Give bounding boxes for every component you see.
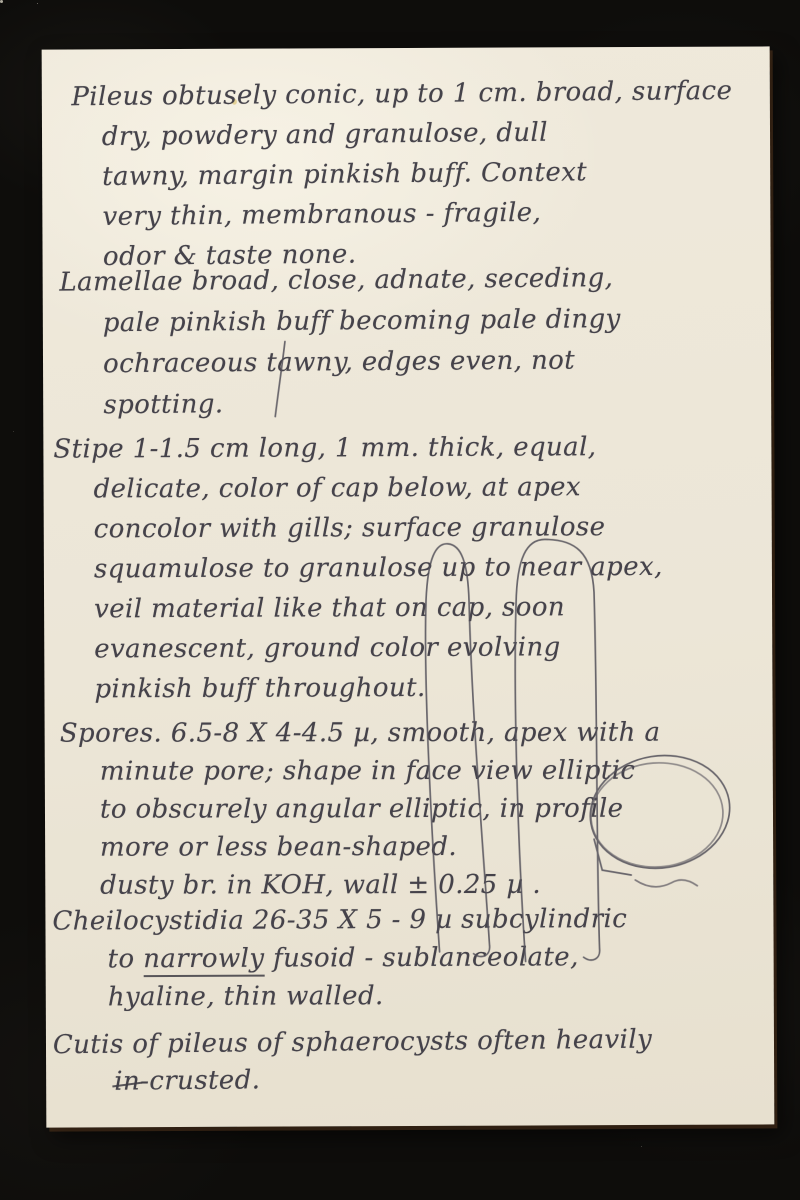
underlined-word: narrowly (143, 944, 264, 978)
handwriting-line: Cutis of pileus of sphaerocysts often he… (53, 1022, 653, 1065)
handwriting-line: ochraceous tawny, edges even, not (103, 340, 621, 385)
handwriting-line: Pileus obtusely conic, up to 1 cm. broad… (71, 71, 732, 117)
handwriting-line: spotting. (103, 381, 621, 426)
paragraph-cutis: Cutis of pileus of sphaerocysts often he… (114, 1022, 653, 1101)
photo-background: { "photo": { "background_color": "#0e0d0… (0, 0, 800, 1200)
struck-out-word: in (114, 1066, 140, 1096)
handwriting-line: squamulose to granulose up to near apex, (94, 547, 663, 589)
word: -crusted. (140, 1065, 261, 1096)
dust-specks (0, 0, 3, 3)
paragraph-lamellae: Lamellae broad, close, adnate, seceding,… (102, 258, 621, 426)
handwriting-line: very thin, membranous - fragile, (102, 191, 733, 237)
word: to (108, 944, 144, 974)
handwriting-line: more or less bean-shaped. (100, 828, 661, 867)
handwriting-line: to narrowly fusoid - sublanceolate, (108, 938, 628, 978)
handwriting-line: evanescent, ground color evolving (94, 627, 663, 669)
handwriting-line: Cheilocystidia 26-35 X 5 - 9 µ subcylind… (52, 900, 627, 941)
paragraph-cheilocystidia: Cheilocystidia 26-35 X 5 - 9 µ subcylind… (107, 900, 627, 1016)
handwriting-line: in-crusted. (114, 1059, 653, 1101)
paragraph-stipe: Stipe 1-1.5 cm long, 1 mm. thick, equal,… (93, 427, 663, 709)
word: fusoid - sublanceolate, (264, 942, 578, 973)
handwriting-line: Spores. 6.5-8 X 4-4.5 µ, smooth, apex wi… (60, 714, 661, 753)
handwriting-line: hyaline, thin walled. (108, 976, 628, 1016)
handwriting-line: to obscurely angular elliptic, in profil… (100, 790, 661, 829)
handwriting-line: pale pinkish buff becoming pale dingy (103, 299, 621, 344)
handwriting-line: Stipe 1-1.5 cm long, 1 mm. thick, equal, (53, 427, 662, 470)
handwriting-line: pinkish buff throughout. (94, 667, 663, 709)
handwriting-line: concolor with gills; surface granulose (94, 507, 663, 549)
paragraph-spores: Spores. 6.5-8 X 4-4.5 µ, smooth, apex wi… (100, 714, 661, 905)
handwriting-line: minute pore; shape in face view elliptic (100, 752, 661, 791)
paragraph-pileus: Pileus obtusely conic, up to 1 cm. broad… (101, 71, 734, 277)
handwriting-line: dusty br. in KOH, wall ± 0.25 µ . (100, 866, 661, 905)
handwriting-line: dry, powdery and granulose, dull (102, 111, 733, 157)
handwriting-line: Lamellae broad, close, adnate, seceding, (59, 258, 620, 303)
handwriting-line: veil material like that on cap, soon (94, 587, 663, 629)
handwriting-line: delicate, color of cap below, at apex (93, 467, 662, 509)
handwritten-note-card: Pileus obtusely conic, up to 1 cm. broad… (42, 46, 775, 1127)
handwriting-line: tawny, margin pinkish buff. Context (102, 151, 733, 197)
